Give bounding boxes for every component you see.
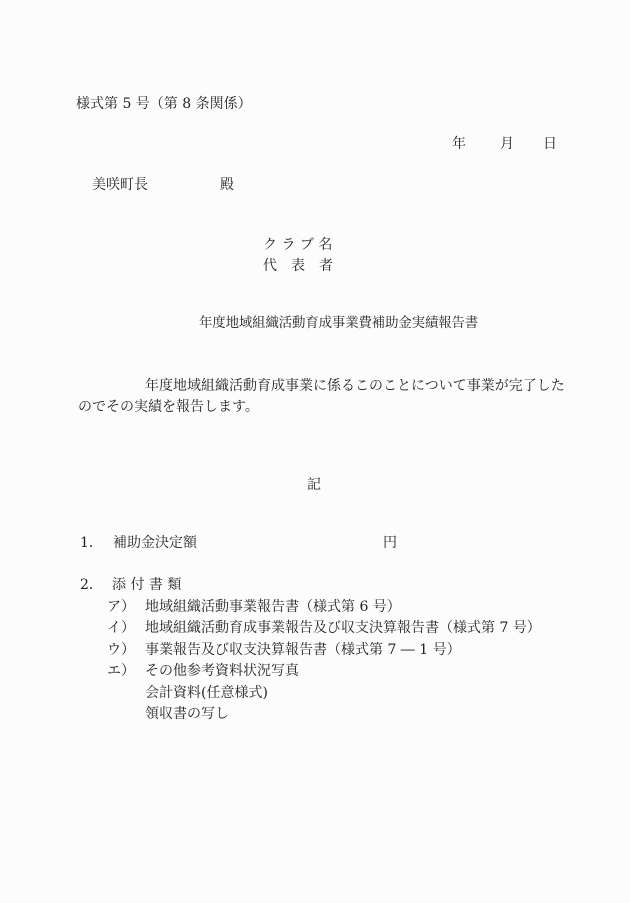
attachment-text: 領収書の写し [145, 703, 229, 723]
attachment-marker: イ） [107, 617, 145, 637]
body-line-1: 年度地域組織活動育成事業に係るこのことについて事業が完了した [145, 378, 565, 394]
date-year-label: 年 [452, 136, 466, 152]
attachment-marker: ア） [107, 596, 145, 616]
list-item: ウ） 事業報告及び収支決算報告書（様式第 7 ― 1 号） [107, 639, 541, 660]
attachment-marker: ウ） [107, 639, 145, 659]
attachment-list: ア） 地域組織活動事業報告書（様式第 6 号） イ） 地域組織活動育成事業報告及… [107, 596, 541, 724]
item-1-unit-yen: 円 [383, 535, 397, 551]
document-title: 年度地域組織活動育成事業費補助金実績報告書 [199, 316, 478, 332]
list-item: 会計資料(任意様式) [107, 682, 541, 703]
attachment-marker: エ） [107, 660, 145, 680]
addressee-title: 美咲町長 [92, 177, 148, 193]
representative-label: 代 表 者 [263, 258, 333, 274]
item-1-label: 補助金決定額 [113, 535, 197, 551]
addressee-honorific: 殿 [220, 177, 234, 193]
attachment-text: 地域組織活動育成事業報告及び収支決算報告書（様式第 7 号） [145, 617, 541, 637]
document-page: 様式第 5 号（第 8 条関係） 年 月 日 美咲町長 殿 ク ラ ブ 名 代 … [0, 0, 630, 903]
list-item: イ） 地域組織活動育成事業報告及び収支決算報告書（様式第 7 号） [107, 617, 541, 638]
attachment-text: 会計資料(任意様式) [145, 682, 268, 702]
body-line-2: のでその実績を報告します。 [78, 399, 259, 415]
date-month-label: 月 [500, 136, 514, 152]
form-number: 様式第 5 号（第 8 条関係） [76, 96, 252, 112]
attachment-text: その他参考資料状況写真 [145, 660, 299, 680]
item-2-label: 添 付 書 類 [112, 577, 181, 593]
record-marker: 記 [307, 477, 321, 493]
item-1-number: 1． [80, 535, 103, 551]
list-item: ア） 地域組織活動事業報告書（様式第 6 号） [107, 596, 541, 617]
attachment-text: 地域組織活動事業報告書（様式第 6 号） [145, 596, 401, 616]
item-2-number: 2． [80, 577, 103, 593]
date-day-label: 日 [543, 136, 557, 152]
club-name-label: ク ラ ブ 名 [263, 237, 332, 253]
list-item: 領収書の写し [107, 703, 541, 724]
list-item: エ） その他参考資料状況写真 [107, 660, 541, 681]
attachment-text: 事業報告及び収支決算報告書（様式第 7 ― 1 号） [145, 639, 461, 659]
